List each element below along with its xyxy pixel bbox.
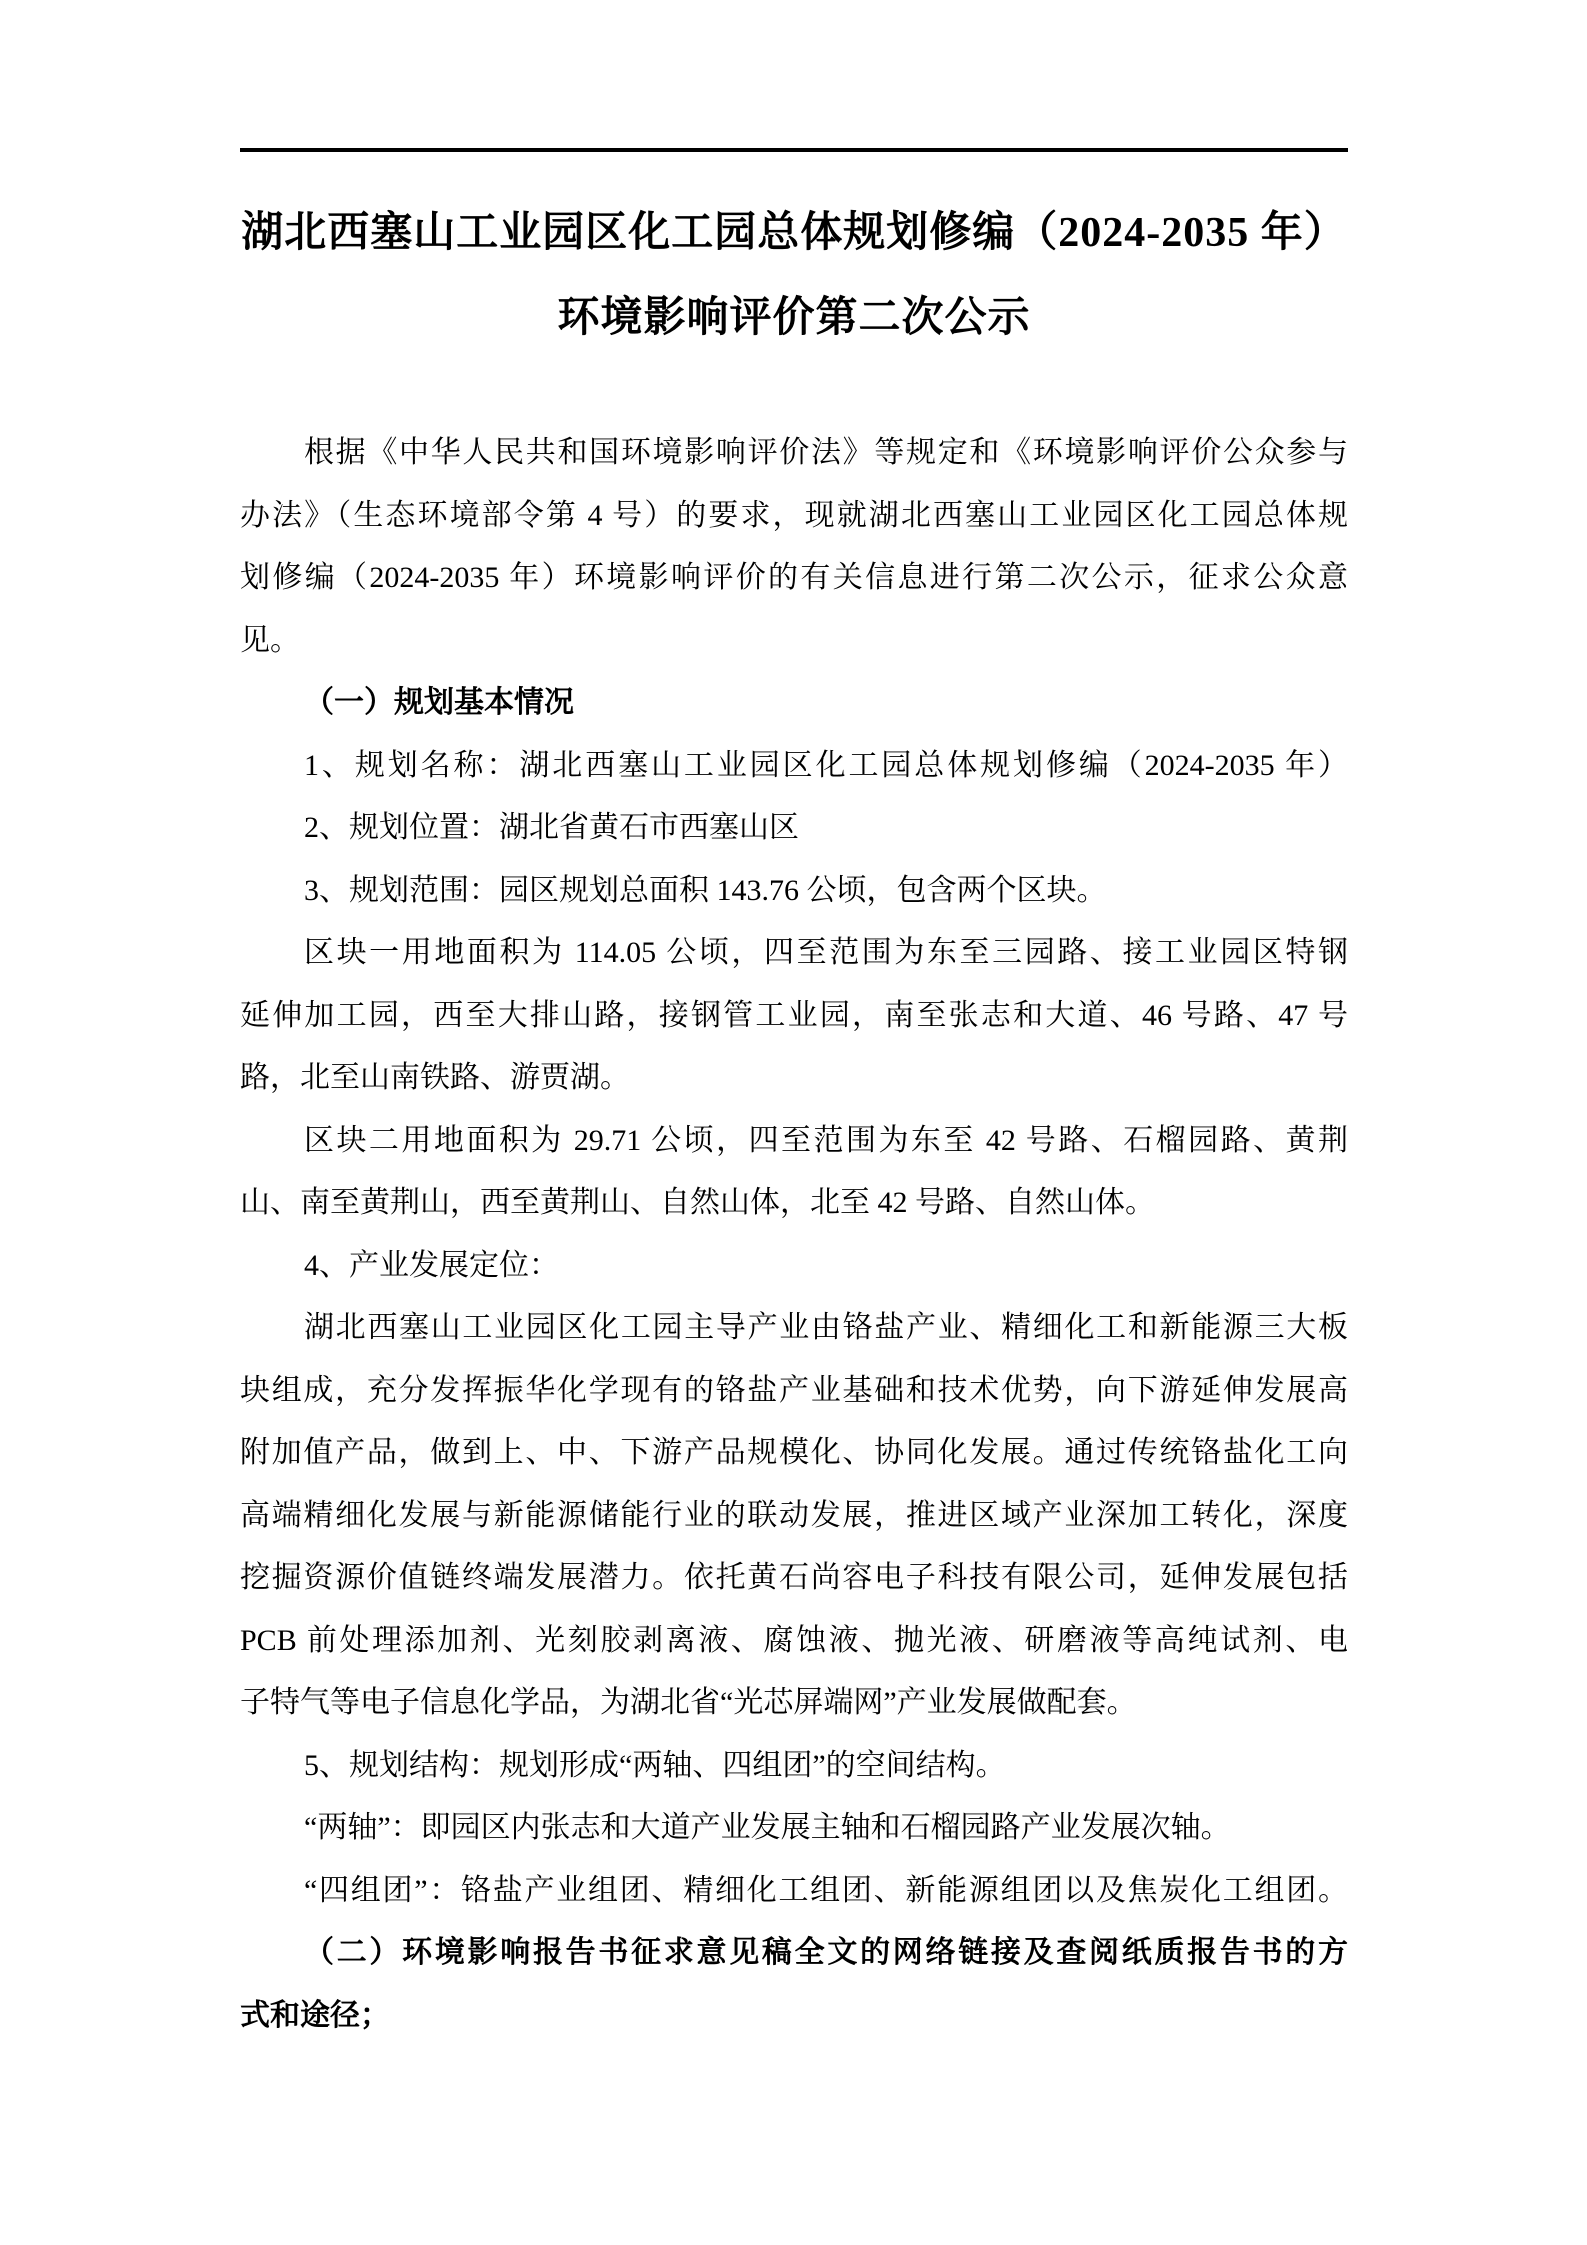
parcel1-line: 延伸加工园，西至大排山路，接钢管工业园，南至张志和大道、46 号路、47 号 [240,985,1348,1048]
document-title-line-1: 湖北西塞山工业园区化工园总体规划修编（2024-2035 年） [240,191,1348,276]
section1-heading: （一）规划基本情况 [240,672,1348,735]
industry-line: 块组成，充分发挥振华化学现有的铬盐产业基础和技术优势，向下游延伸发展高 [240,1360,1348,1423]
plan-location-item: 2、规划位置：湖北省黄石市西塞山区 [240,797,1348,860]
document-title: 湖北西塞山工业园区化工园总体规划修编（2024-2035 年） 环境影响评价第二… [240,191,1348,361]
intro-line: 办法》（生态环境部令第 4 号）的要求，现就湖北西塞山工业园区化工园总体规 [240,485,1348,548]
document-body: 根据《中华人民共和国环境影响评价法》等规定和《环境影响评价公众参与 办法》（生态… [240,422,1348,2047]
document-title-line-2: 环境影响评价第二次公示 [240,276,1348,361]
parcel1-line: 路，北至山南铁路、游贾湖。 [240,1047,1348,1110]
intro-line: 见。 [240,610,1348,673]
intro-line: 根据《中华人民共和国环境影响评价法》等规定和《环境影响评价公众参与 [240,422,1348,485]
plan-structure-item: 5、规划结构：规划形成“两轴、四组团”的空间结构。 [240,1735,1348,1798]
industry-line: 湖北西塞山工业园区化工园主导产业由铬盐产业、精细化工和新能源三大板 [240,1297,1348,1360]
industry-line: 子特气等电子信息化学品，为湖北省“光芯屏端网”产业发展做配套。 [240,1672,1348,1735]
parcel1-line: 区块一用地面积为 114.05 公顷，四至范围为东至三园路、接工业园区特钢 [240,922,1348,985]
header-rule [240,148,1348,152]
plan-name-item: 1、规划名称：湖北西塞山工业园区化工园总体规划修编（2024-2035 年） [240,735,1348,798]
section2-heading-line: 式和途径； [240,1985,1348,2048]
industry-line: 高端精细化发展与新能源储能行业的联动发展，推进区域产业深加工转化，深度 [240,1485,1348,1548]
four-groups-line: “四组团”：铬盐产业组团、精细化工组团、新能源组团以及焦炭化工组团。 [240,1860,1348,1923]
industry-line: PCB 前处理添加剂、光刻胶剥离液、腐蚀液、抛光液、研磨液等高纯试剂、电 [240,1610,1348,1673]
parcel2-line: 山、南至黄荆山，西至黄荆山、自然山体，北至 42 号路、自然山体。 [240,1172,1348,1235]
two-axes-line: “两轴”：即园区内张志和大道产业发展主轴和石榴园路产业发展次轴。 [240,1797,1348,1860]
section2-heading-line: （二）环境影响报告书征求意见稿全文的网络链接及查阅纸质报告书的方 [240,1922,1348,1985]
plan-scope-item: 3、规划范围：园区规划总面积 143.76 公顷，包含两个区块。 [240,860,1348,923]
industry-line: 附加值产品，做到上、中、下游产品规模化、协同化发展。通过传统铬盐化工向 [240,1422,1348,1485]
parcel2-line: 区块二用地面积为 29.71 公顷，四至范围为东至 42 号路、石榴园路、黄荆 [240,1110,1348,1173]
intro-line: 划修编（2024-2035 年）环境影响评价的有关信息进行第二次公示，征求公众意 [240,547,1348,610]
industry-line: 挖掘资源价值链终端发展潜力。依托黄石尚容电子科技有限公司，延伸发展包括 [240,1547,1348,1610]
industry-positioning-item: 4、产业发展定位： [240,1235,1348,1298]
document-page: 湖北西塞山工业园区化工园总体规划修编（2024-2035 年） 环境影响评价第二… [0,0,1587,2245]
